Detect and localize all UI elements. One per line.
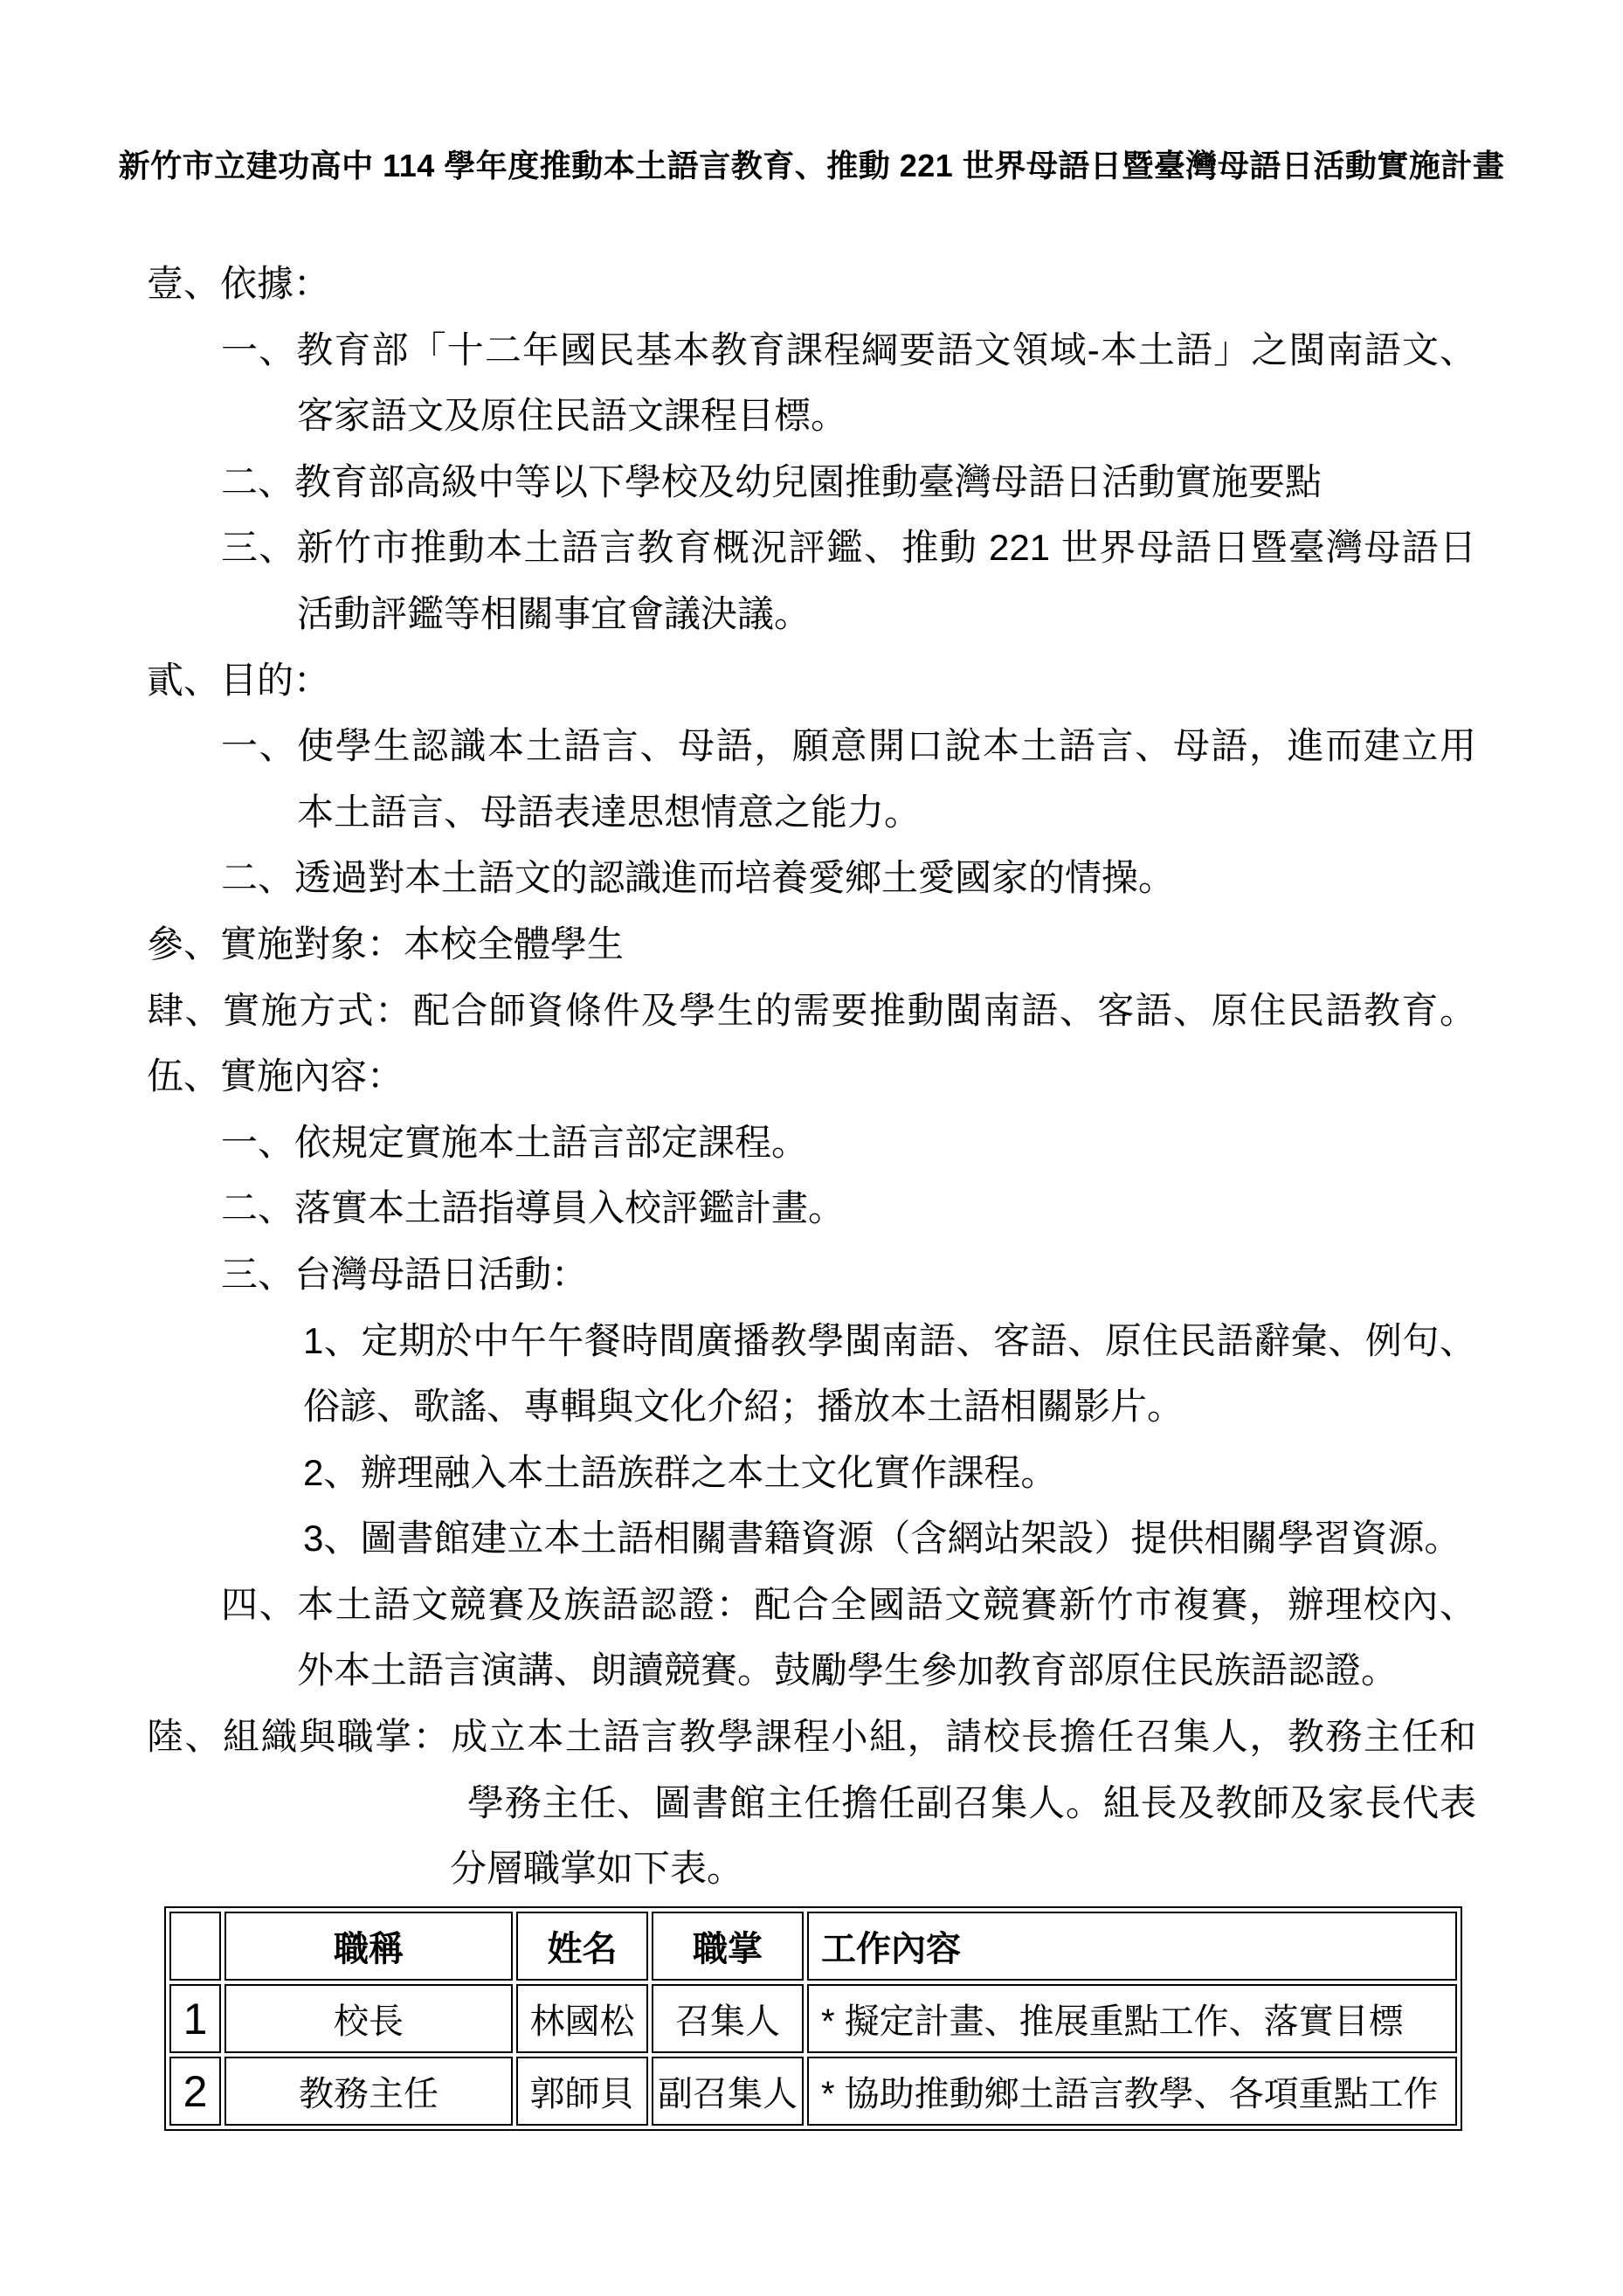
row-role: 副召集人 — [652, 2057, 804, 2126]
text-line: 客家語文及原住民語文課程目標。 — [145, 383, 1476, 449]
text-line: 二、透過對本土語文的認識進而培養愛鄉土愛國家的情操。 — [145, 845, 1476, 911]
organization-table: 職稱 姓名 職掌 工作內容 1校長林國松召集人* 擬定計畫、推展重點工作、落實目… — [164, 1906, 1462, 2131]
text-line: 分層職掌如下表。 — [145, 1836, 1476, 1902]
table-row: 1校長林國松召集人* 擬定計畫、推展重點工作、落實目標 — [169, 1984, 1457, 2053]
text-line: 本土語言、母語表達思想情意之能力。 — [145, 779, 1476, 846]
row-duties: * 擬定計畫、推展重點工作、落實目標 — [807, 1984, 1457, 2053]
text-line: 貳、目的： — [145, 647, 1476, 714]
text-line: 四、本土語文競賽及族語認證：配合全國語文競賽新竹市複賽，辦理校內、 — [145, 1572, 1476, 1638]
text-line: 二、教育部高級中等以下學校及幼兒園推動臺灣母語日活動實施要點 — [145, 449, 1476, 515]
text-line: 學務主任、圖書館主任擔任副召集人。組長及教師及家長代表 — [145, 1770, 1476, 1836]
header-cell-index — [169, 1912, 221, 1981]
header-cell-name: 姓名 — [516, 1912, 648, 1981]
text-line: 一、使學生認識本土語言、母語，願意開口說本土語言、母語，進而建立用 — [145, 713, 1476, 779]
header-cell-duties: 工作內容 — [807, 1912, 1457, 1981]
text-line: 一、教育部「十二年國民基本教育課程綱要語文領域-本土語」之閩南語文、 — [145, 317, 1476, 384]
text-line: 3、圖書館建立本土語相關書籍資源（含網站架設）提供相關學習資源。 — [145, 1505, 1476, 1572]
row-duties: * 協助推動鄉土語言教學、各項重點工作 — [807, 2057, 1457, 2126]
text-line: 一、依規定實施本土語言部定課程。 — [145, 1110, 1476, 1176]
text-line: 參、實施對象：本校全體學生 — [145, 911, 1476, 978]
text-line: 活動評鑑等相關事宜會議決議。 — [145, 581, 1476, 647]
text-line: 肆、實施方式：配合師資條件及學生的需要推動閩南語、客語、原住民語教育。 — [145, 978, 1476, 1044]
table-row: 2教務主任郭師貝副召集人* 協助推動鄉土語言教學、各項重點工作 — [169, 2057, 1457, 2126]
table-header-row: 職稱 姓名 職掌 工作內容 — [169, 1912, 1457, 1981]
text-line: 壹、依據： — [145, 251, 1476, 317]
header-cell-role: 職掌 — [652, 1912, 804, 1981]
row-position: 校長 — [224, 1984, 513, 2053]
row-name: 郭師貝 — [516, 2057, 648, 2126]
text-line: 外本土語言演講、朗讀競賽。鼓勵學生參加教育部原住民族語認證。 — [145, 1637, 1476, 1704]
row-name: 林國松 — [516, 1984, 648, 2053]
text-line: 1、定期於中午午餐時間廣播教學閩南語、客語、原住民語辭彙、例句、 — [145, 1308, 1476, 1374]
row-index: 1 — [169, 1984, 221, 2053]
text-line: 三、新竹市推動本土語言教育概況評鑑、推動 221 世界母語日暨臺灣母語日 — [145, 515, 1476, 581]
row-position: 教務主任 — [224, 2057, 513, 2126]
row-role: 召集人 — [652, 1984, 804, 2053]
header-cell-position: 職稱 — [224, 1912, 513, 1981]
text-line: 陸、組織與職掌：成立本土語言教學課程小組，請校長擔任召集人，教務主任和 — [145, 1704, 1476, 1770]
text-line: 三、台灣母語日活動： — [145, 1241, 1476, 1308]
document-title: 新竹市立建功高中 114 學年度推動本土語言教育、推動 221 世界母語日暨臺灣… — [0, 145, 1623, 187]
document-body: 壹、依據：一、教育部「十二年國民基本教育課程綱要語文領域-本土語」之閩南語文、客… — [145, 251, 1476, 1902]
text-line: 伍、實施內容： — [145, 1043, 1476, 1110]
text-line: 俗諺、歌謠、專輯與文化介紹；播放本土語相關影片。 — [145, 1373, 1476, 1440]
text-line: 2、辦理融入本土語族群之本土文化實作課程。 — [145, 1440, 1476, 1506]
document-page: 新竹市立建功高中 114 學年度推動本土語言教育、推動 221 世界母語日暨臺灣… — [0, 0, 1623, 2296]
row-index: 2 — [169, 2057, 221, 2126]
text-line: 二、落實本土語指導員入校評鑑計畫。 — [145, 1175, 1476, 1241]
